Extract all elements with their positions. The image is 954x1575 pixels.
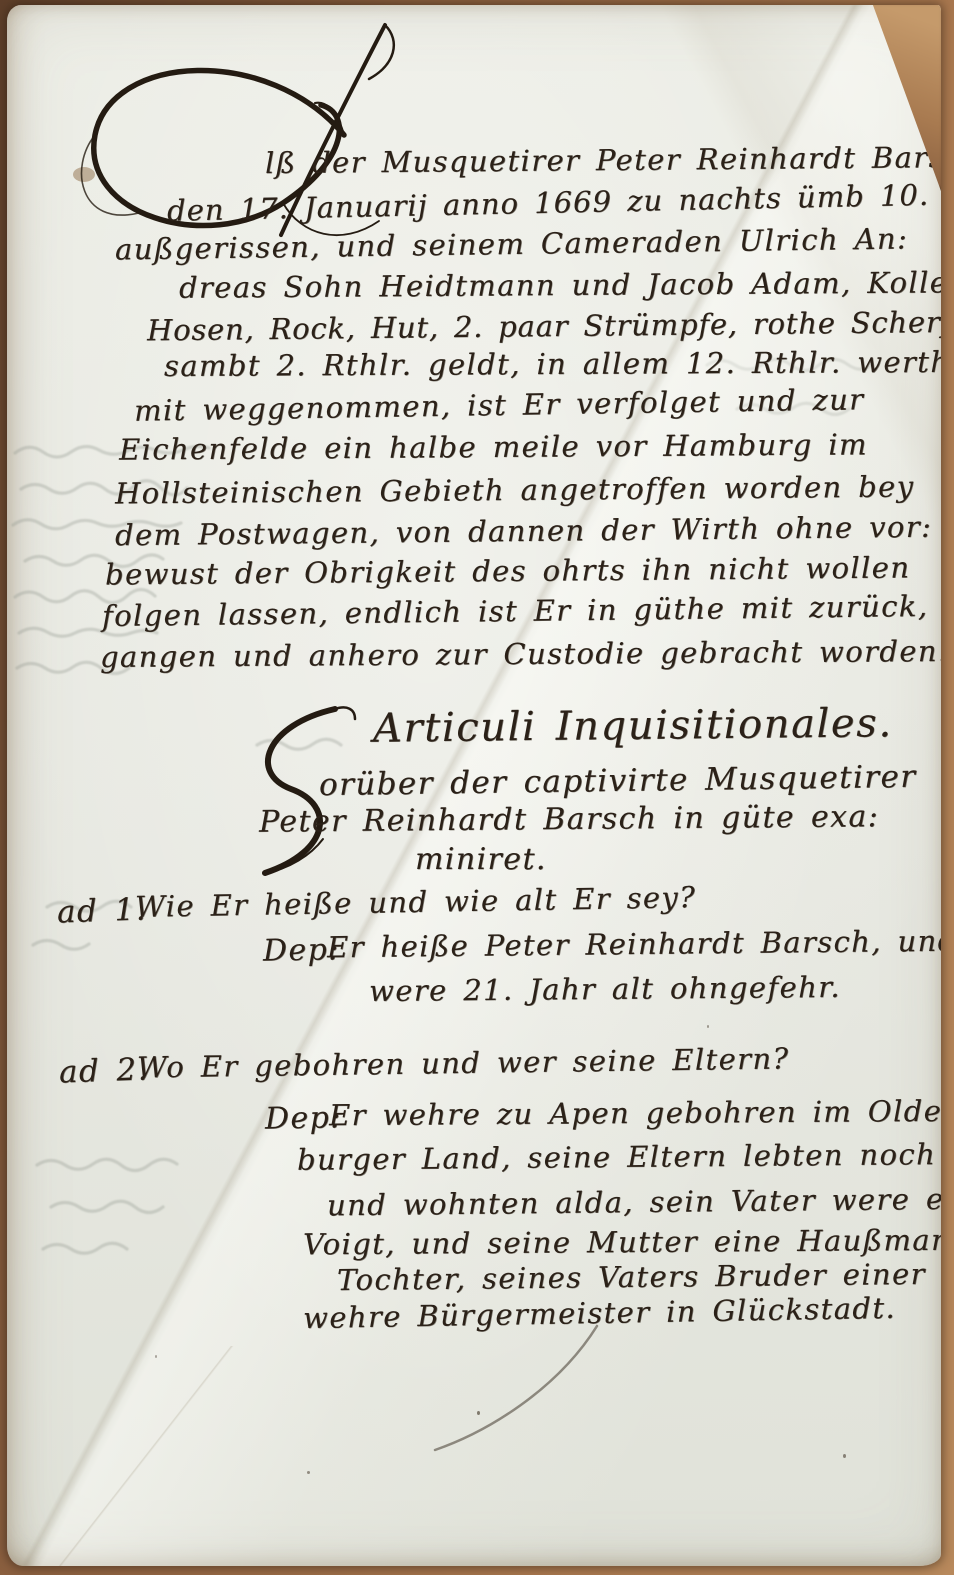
article-number: ad 1.: [56, 891, 147, 930]
manuscript-line: dem Postwagen, von dannen der Wirth ohne…: [115, 510, 933, 553]
manuscript-line: Hollsteinischen Gebieth angetroffen word…: [115, 470, 915, 511]
answer-line: Er wehre zu Apen gebohren im Olden:: [329, 1094, 941, 1132]
speck: [477, 1411, 480, 1415]
manuscript-line: mit weggenommen, ist Er verfolget und zu…: [134, 382, 865, 427]
answer-line: Voigt, und seine Mutter eine Haußmanns: [303, 1223, 941, 1262]
speck: [155, 1355, 157, 1358]
speck: [843, 1454, 846, 1458]
article-number: ad 2.: [58, 1051, 149, 1090]
manuscript-line: außgerissen, und seinem Cameraden Ulrich…: [115, 221, 909, 266]
manuscript-line: bewust der Obrigkeit des ohrts ihn nicht…: [105, 550, 911, 591]
answer-line: burger Land, seine Eltern lebten noch: [297, 1137, 936, 1177]
manuscript-page: lß der Musquetirer Peter Reinhardt Barsc…: [7, 5, 941, 1566]
photo-background: lß der Musquetirer Peter Reinhardt Barsc…: [0, 0, 954, 1575]
answer-line: Er heiße Peter Reinhardt Barsch, und: [327, 924, 941, 965]
manuscript-line: sambt 2. Rthlr. geldt, in allem 12. Rthl…: [164, 345, 941, 383]
manuscript-line: folgen lassen, endlich ist Er in güthe m…: [102, 589, 929, 633]
answer-line: wehre Bürgermeister in Glückstadt.: [303, 1291, 897, 1335]
speck: [707, 1025, 709, 1028]
section-title: Articuli Inquisitionales.: [373, 700, 893, 751]
manuscript-line: den 17. Januarij anno 1669 zu nachts ümb…: [167, 176, 941, 228]
speck: [307, 1471, 310, 1474]
subheading-line: orüber der captivirte Musquetirer: [319, 759, 917, 803]
manuscript-line: dreas Sohn Heidtmann und Jacob Adam, Kol…: [179, 265, 941, 305]
answer-line: und wohnten alda, sein Vater were ein: [327, 1182, 941, 1223]
answer-line: were 21. Jahr alt ohngefehr.: [369, 970, 841, 1008]
question-text: Wo Er gebohren und wer seine Eltern?: [137, 1041, 790, 1084]
ink-stain: [73, 167, 95, 182]
manuscript-line: Hosen, Rock, Hut, 2. paar Strümpfe, roth…: [147, 305, 941, 348]
pen-flourish: [407, 1320, 627, 1460]
bottom-left-crease: [7, 1346, 287, 1566]
manuscript-line: Eichenfelde ein halbe meile vor Hamburg …: [119, 427, 868, 466]
manuscript-line: gangen und anhero zur Custodie gebracht …: [100, 634, 941, 674]
manuscript-line: lß der Musquetirer Peter Reinhardt Barsc…: [265, 140, 941, 180]
subheading-line: miniret.: [415, 842, 547, 877]
question-text: Wie Er heiße und wie alt Er sey?: [135, 880, 697, 924]
subheading-line: Peter Reinhardt Barsch in güte exa:: [259, 799, 879, 839]
